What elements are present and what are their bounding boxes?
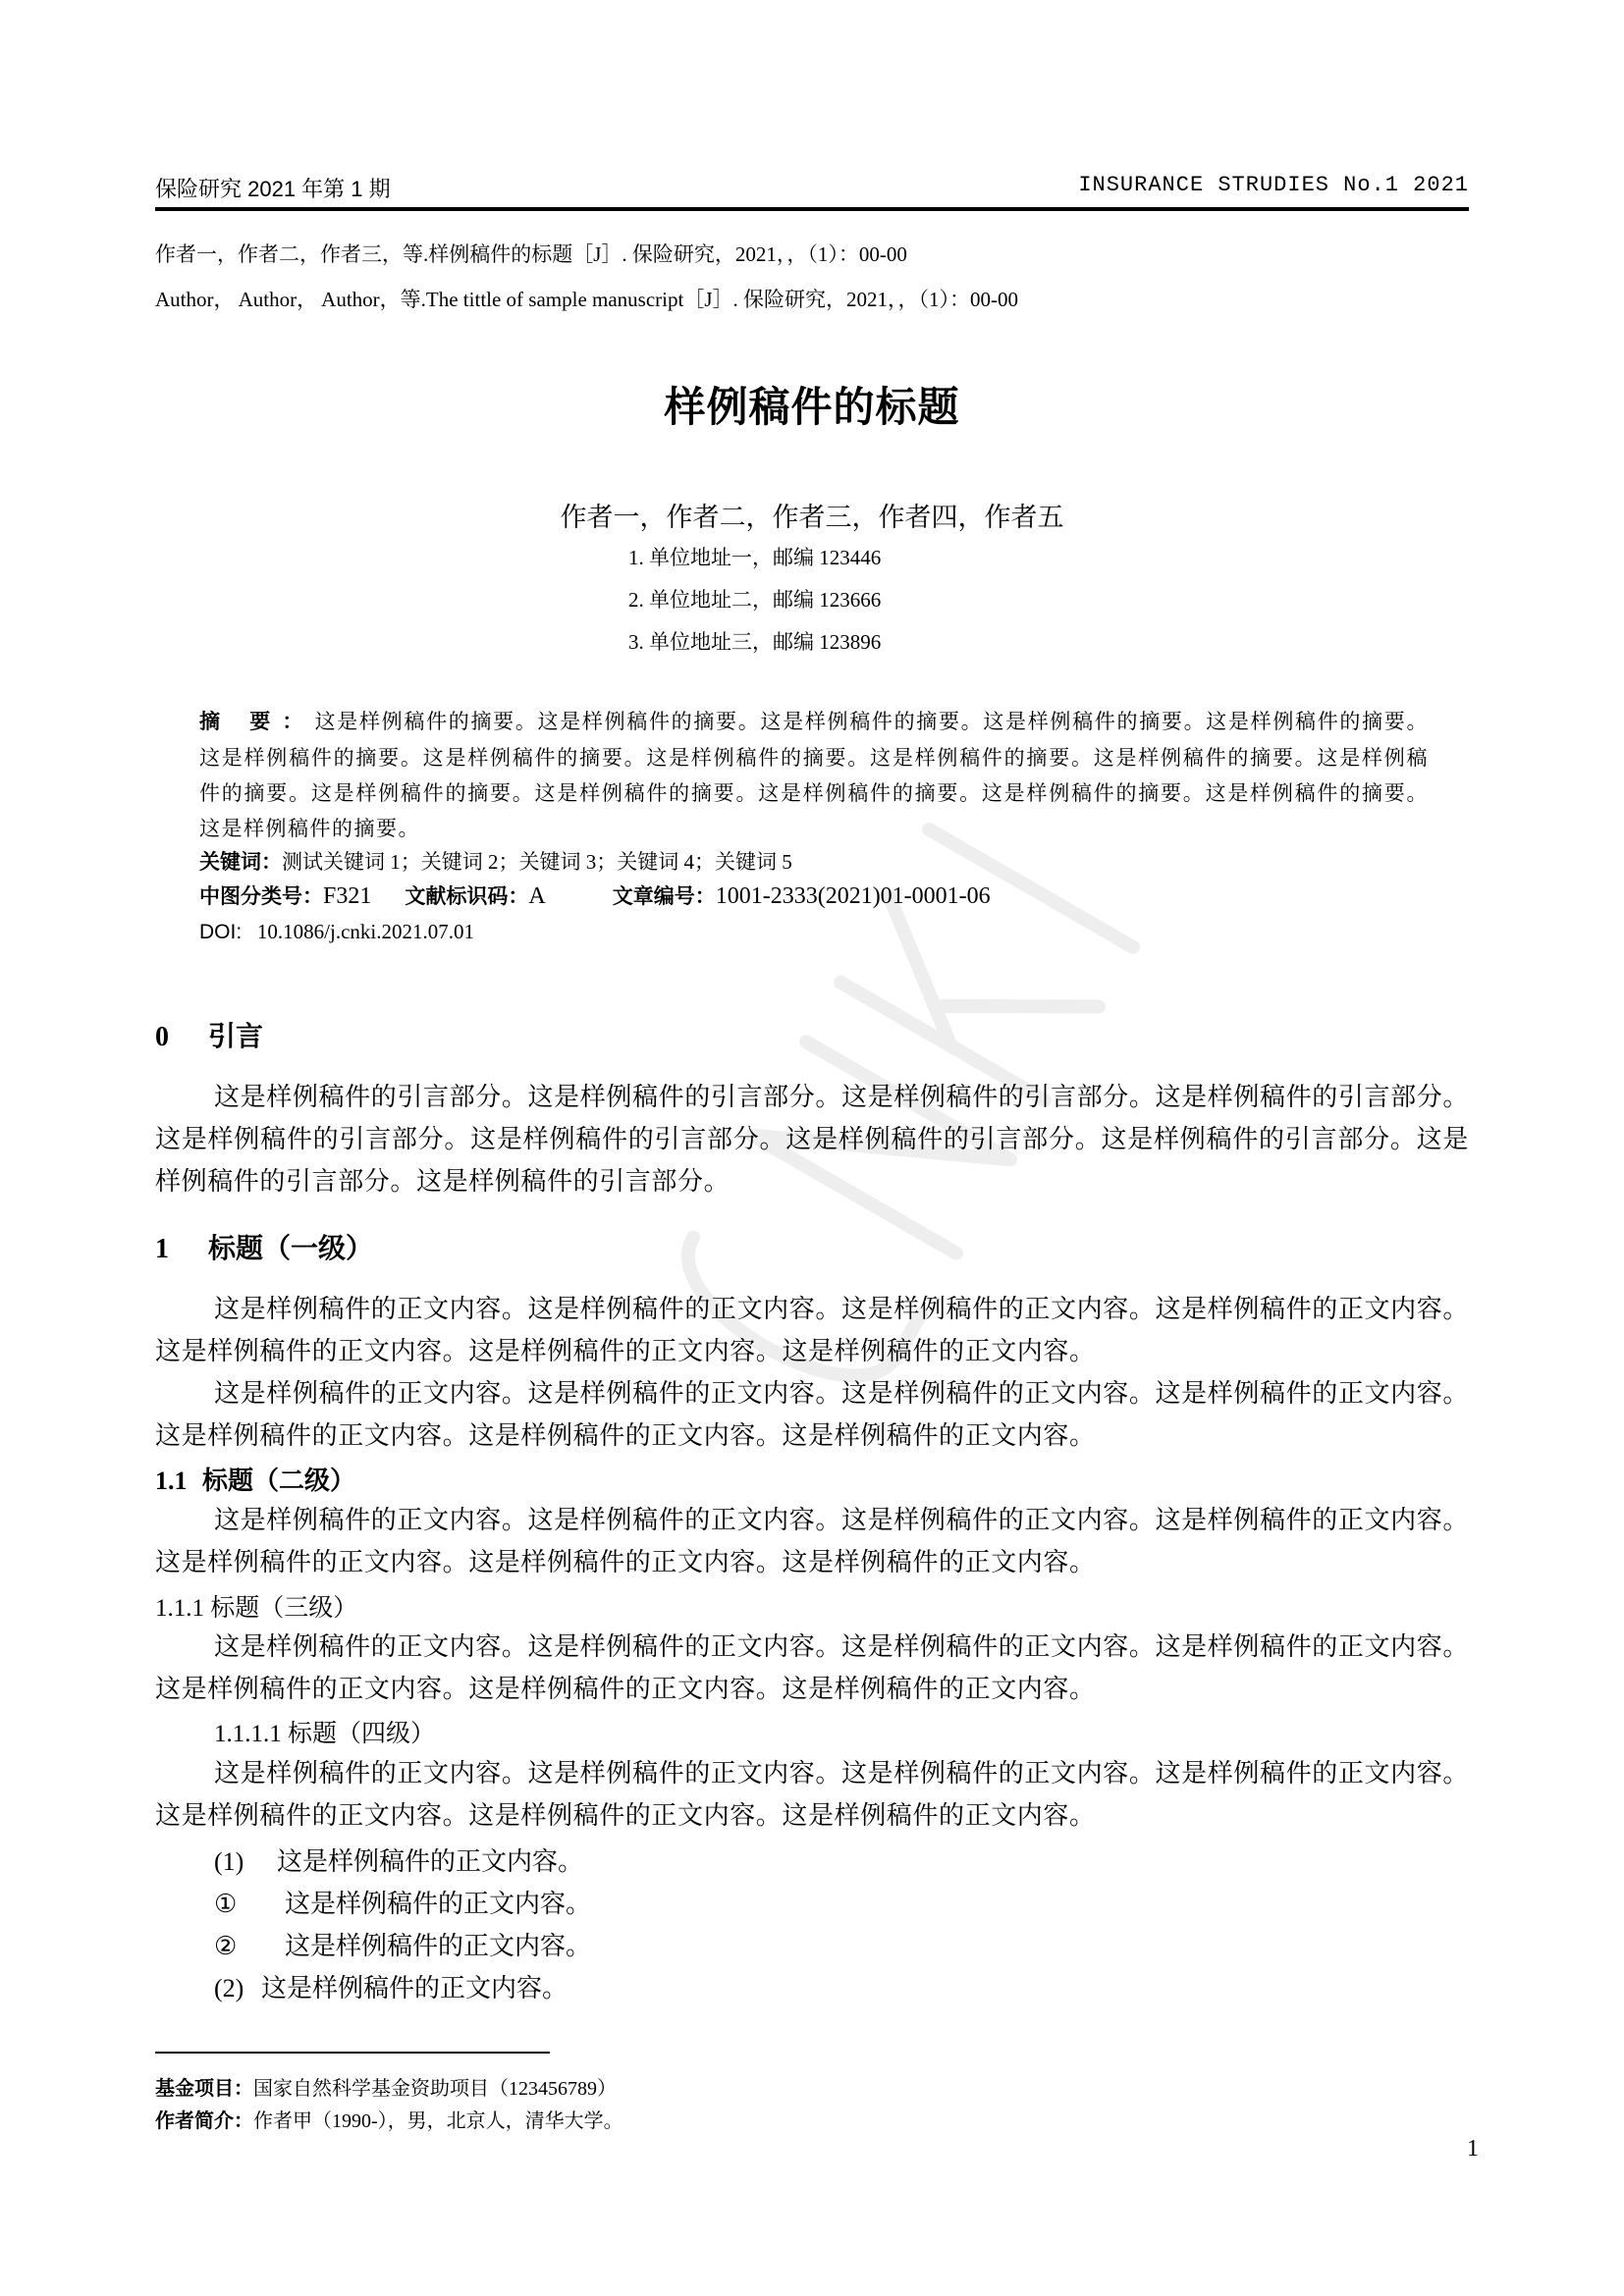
classification-line: 中图分类号：F321文献标识码：A文章编号：1001-2333(2021)01-… xyxy=(199,881,991,910)
running-header-right: INSURANCE STRUDIES No.1 2021 xyxy=(1078,173,1469,197)
body-paragraph: 这是样例稿件的正文内容。这是样例稿件的正文内容。这是样例稿件的正文内容。这是样例… xyxy=(155,1372,1469,1457)
affiliation-2: 2. 单位地址二，邮编 123666 xyxy=(628,584,881,614)
author-list: 作者一，作者二，作者三，作者四，作者五 xyxy=(0,496,1624,534)
body-paragraph: 这是样例稿件的正文内容。这是样例稿件的正文内容。这是样例稿件的正文内容。这是样例… xyxy=(155,1288,1469,1372)
intro-paragraph: 这是样例稿件的引言部分。这是样例稿件的引言部分。这是样例稿件的引言部分。这是样例… xyxy=(155,1076,1469,1202)
body-paragraph: 这是样例稿件的正文内容。这是样例稿件的正文内容。这是样例稿件的正文内容。这是样例… xyxy=(155,1626,1469,1710)
body-paragraph: 这是样例稿件的正文内容。这是样例稿件的正文内容。这是样例稿件的正文内容。这是样例… xyxy=(155,1752,1469,1837)
body-paragraph: 这是样例稿件的正文内容。这是样例稿件的正文内容。这是样例稿件的正文内容。这是样例… xyxy=(155,1499,1469,1583)
footnote-fund: 基金项目：国家自然科学基金资助项目（123456789） xyxy=(155,2072,617,2101)
clc-label: 中图分类号： xyxy=(199,885,323,908)
section-heading-intro: 0引言 xyxy=(155,1015,263,1054)
list-item: ①这是样例稿件的正文内容。 xyxy=(214,1884,591,1920)
running-header-left: 保险研究 2021 年第 1 期 xyxy=(155,173,391,203)
list-item: (2)这是样例稿件的正文内容。 xyxy=(214,1968,568,2004)
section-heading-1-1-1: 1.1.1 标题（三级） xyxy=(155,1588,357,1624)
list-item: ②这是样例稿件的正文内容。 xyxy=(214,1926,591,1962)
doc-code-label: 文献标识码： xyxy=(405,885,528,908)
doi-label: DOI: xyxy=(199,921,242,943)
list-item: (1)这是样例稿件的正文内容。 xyxy=(214,1842,583,1878)
abstract-text: 这是样例稿件的摘要。这是样例稿件的摘要。这是样例稿件的摘要。这是样例稿件的摘要。… xyxy=(199,710,1429,840)
article-no-label: 文章编号： xyxy=(613,885,716,908)
abstract-label: 摘 要： xyxy=(199,711,315,733)
page-number: 1 xyxy=(1467,2136,1479,2163)
keywords-line: 关键词：测试关键词 1；关键词 2；关键词 3；关键词 4；关键词 5 xyxy=(199,846,792,876)
citation-chinese: 作者一，作者二，作者三，等.样例稿件的标题［J］. 保险研究，2021，，（1）… xyxy=(155,239,907,268)
citation-english: Author， Author， Author，等.The tittle of s… xyxy=(155,284,1018,313)
keywords-label: 关键词： xyxy=(199,851,282,874)
affiliation-1: 1. 单位地址一，邮编 123446 xyxy=(628,542,881,571)
abstract: 摘 要：这是样例稿件的摘要。这是样例稿件的摘要。这是样例稿件的摘要。这是样例稿件… xyxy=(199,704,1429,846)
doc-code-value: A xyxy=(528,883,545,909)
keywords-text: 测试关键词 1；关键词 2；关键词 3；关键词 4；关键词 5 xyxy=(282,850,792,874)
clc-value: F321 xyxy=(323,883,371,909)
header-rule xyxy=(155,207,1469,211)
section-heading-1-1: 1.1标题（二级） xyxy=(155,1461,355,1497)
footnote-rule xyxy=(155,2052,550,2054)
doi-link[interactable]: 10.1086/j.cnki.2021.07.01 xyxy=(257,920,474,943)
section-heading-1-1-1-1: 1.1.1.1 标题（四级） xyxy=(214,1714,435,1749)
paper-title: 样例稿件的标题 xyxy=(0,375,1624,434)
affiliation-3: 3. 单位地址三，邮编 123896 xyxy=(628,626,881,656)
footnote-author: 作者简介：作者甲（1990-），男，北京人，清华大学。 xyxy=(155,2105,623,2133)
section-heading-1: 1标题（一级） xyxy=(155,1227,373,1266)
doi-line: DOI: 10.1086/j.cnki.2021.07.01 xyxy=(199,920,474,944)
article-no-value: 1001-2333(2021)01-0001-06 xyxy=(716,883,991,909)
